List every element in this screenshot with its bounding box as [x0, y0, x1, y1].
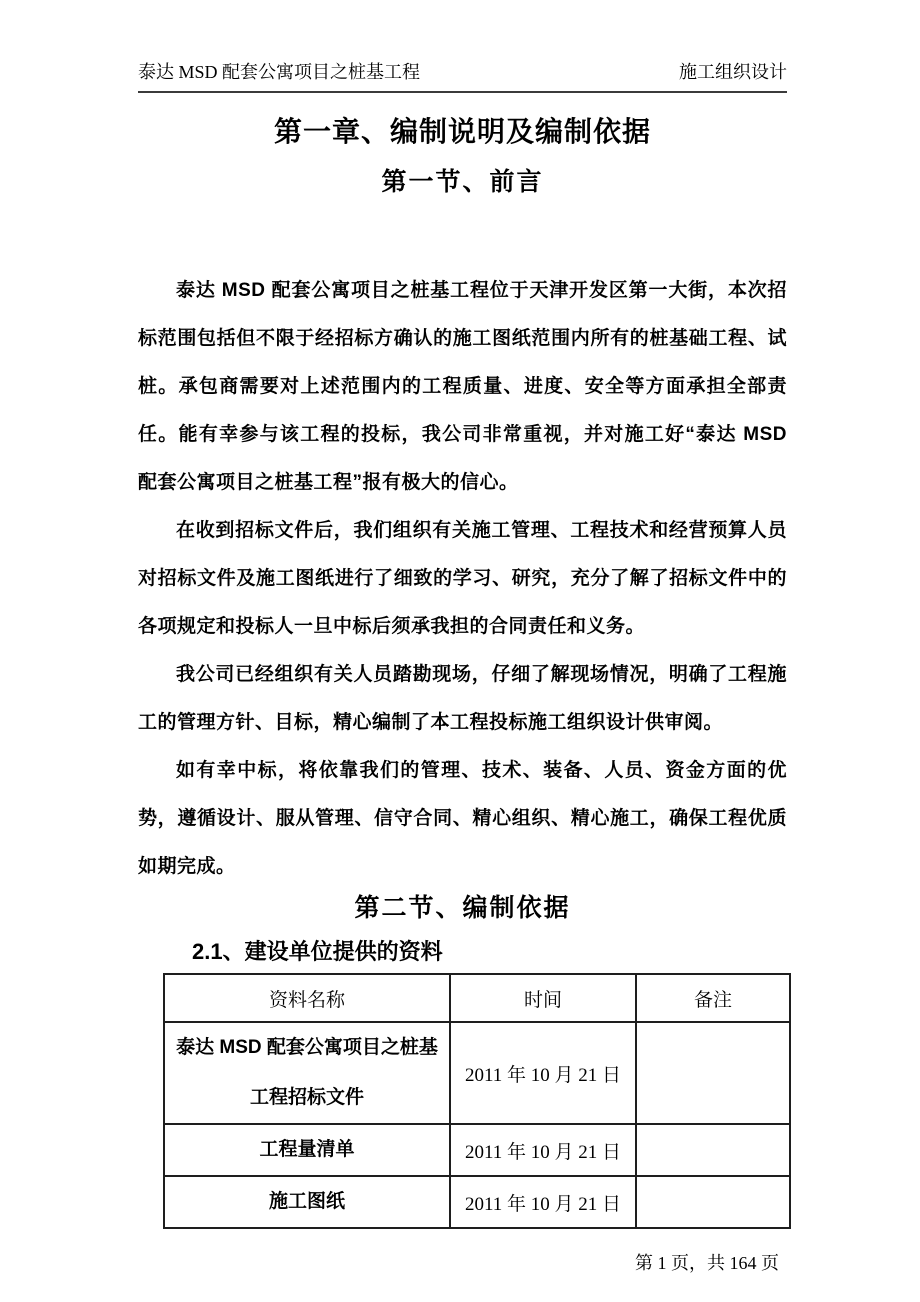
- paragraph-intro: 泰达 MSD 配套公寓项目之桩基工程位于天津开发区第一大街，本次招标范围包括但不…: [138, 267, 787, 507]
- column-header-time: 时间: [450, 974, 636, 1022]
- material-date-cell: 2011 年 10 月 21 日: [450, 1124, 636, 1176]
- column-header-remarks: 备注: [636, 974, 790, 1022]
- section2-title: 第二节、编制依据: [138, 891, 787, 925]
- document-page: 泰达 MSD 配套公寓项目之桩基工程 施工组织设计 第一章、编制说明及编制依据 …: [0, 0, 920, 1302]
- table-row: 施工图纸 2011 年 10 月 21 日: [164, 1176, 790, 1228]
- material-date-cell: 2011 年 10 月 21 日: [450, 1176, 636, 1228]
- chapter-title: 第一章、编制说明及编制依据: [138, 113, 787, 151]
- section1-title: 第一节、前言: [138, 165, 787, 199]
- running-header: 泰达 MSD 配套公寓项目之桩基工程 施工组织设计: [138, 60, 787, 93]
- page-footer: 第 1 页，共 164 页: [138, 1251, 787, 1275]
- material-note-cell: [636, 1022, 790, 1124]
- paragraph-bid-documents: 在收到招标文件后，我们组织有关施工管理、工程技术和经营预算人员对招标文件及施工图…: [138, 507, 787, 651]
- header-project-title: 泰达 MSD 配套公寓项目之桩基工程: [138, 60, 420, 84]
- header-doc-type: 施工组织设计: [679, 60, 787, 84]
- material-note-cell: [636, 1176, 790, 1228]
- material-name-cell: 泰达 MSD 配套公寓项目之桩基工程招标文件: [164, 1022, 450, 1124]
- materials-table: 资料名称 时间 备注 泰达 MSD 配套公寓项目之桩基工程招标文件 2011 年…: [163, 973, 791, 1229]
- column-header-material-name: 资料名称: [164, 974, 450, 1022]
- material-note-cell: [636, 1124, 790, 1176]
- table-row: 泰达 MSD 配套公寓项目之桩基工程招标文件 2011 年 10 月 21 日: [164, 1022, 790, 1124]
- material-name-cell: 工程量清单: [164, 1124, 450, 1176]
- subsection-title: 2.1、建设单位提供的资料: [192, 939, 787, 965]
- table-header-row: 资料名称 时间 备注: [164, 974, 790, 1022]
- body-text: 泰达 MSD 配套公寓项目之桩基工程位于天津开发区第一大街，本次招标范围包括但不…: [138, 267, 787, 891]
- paragraph-commitment: 如有幸中标，将依靠我们的管理、技术、装备、人员、资金方面的优势，遵循设计、服从管…: [138, 747, 787, 891]
- page-number: 第 1 页，共 164 页: [635, 1253, 779, 1273]
- material-date-cell: 2011 年 10 月 21 日: [450, 1022, 636, 1124]
- material-name-cell: 施工图纸: [164, 1176, 450, 1228]
- table-row: 工程量清单 2011 年 10 月 21 日: [164, 1124, 790, 1176]
- paragraph-site-survey: 我公司已经组织有关人员踏勘现场，仔细了解现场情况，明确了工程施工的管理方针、目标…: [138, 651, 787, 747]
